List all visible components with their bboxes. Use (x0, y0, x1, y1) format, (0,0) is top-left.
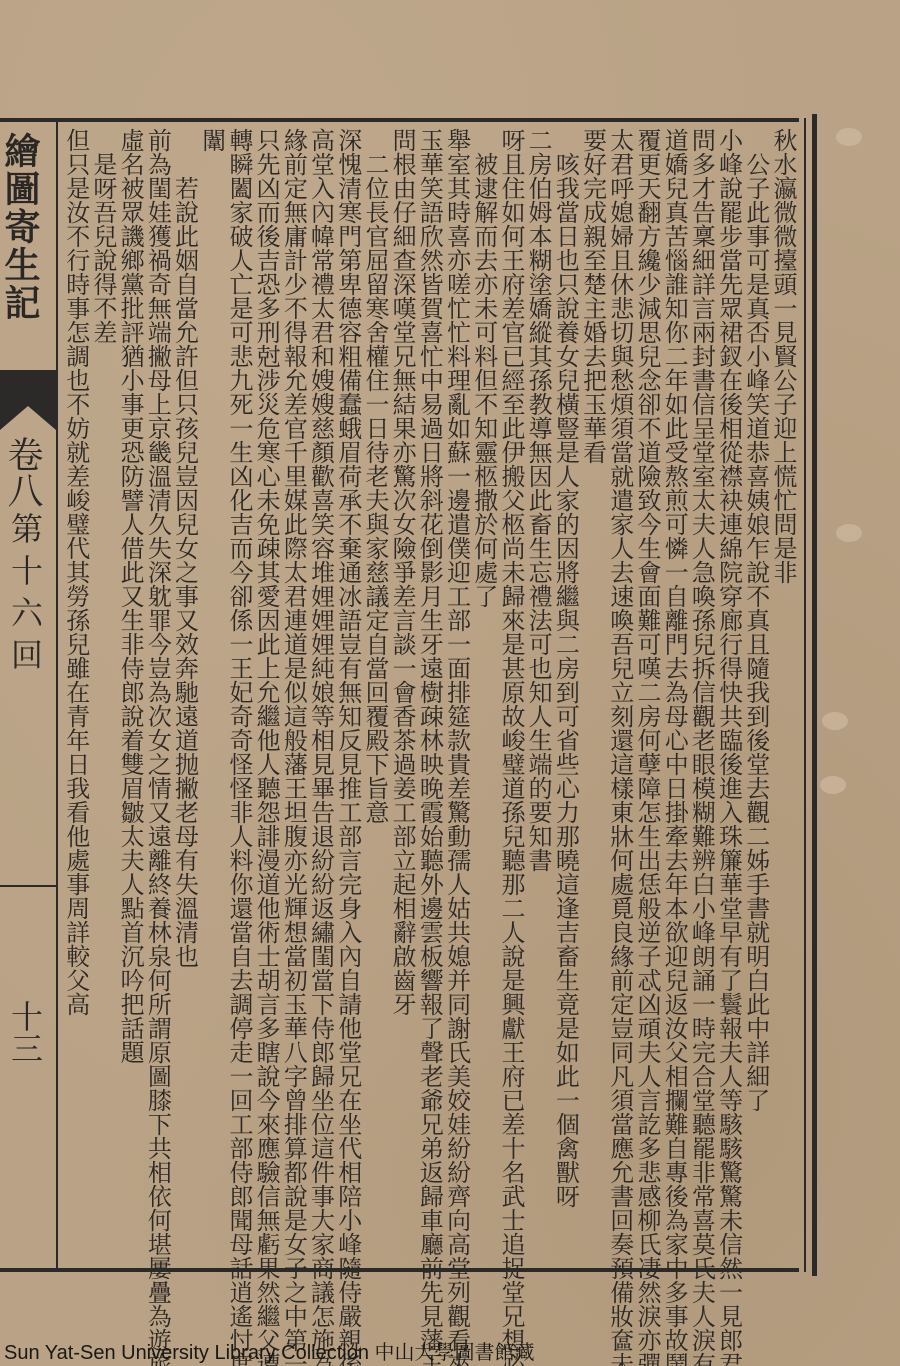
text-column: 二位長官屈留寒舍權住一日待老夫與家慈議定自當回覆殿下旨意 (361, 128, 388, 1266)
text-column: 舉室其時喜亦嗟忙忙料理亂如蘇一邊遣僕迎工部一面排筵款貴差驚動孺人姑共媳并同謝氏美… (442, 128, 469, 1266)
frame-border-outer (812, 114, 817, 1276)
chapter-label: 第十六回 (8, 512, 48, 680)
text-column: 深愧清寒門第卑德容粗備蠢蛾眉荷承不棄通冰語豈有無知反見推工部言完身入內自請他堂兄… (334, 128, 361, 1266)
text-column: 咳我當日也只說養女兒橫豎是人家的因將繼與二房到可省些心力那曉這逢吉畜生竟是如此一… (551, 128, 578, 1266)
paper-crease-mark (820, 776, 846, 794)
text-column: 問根由仔細查深嘆堂兄無結果亦驚次女險爭差言談一會香茶過姜工部立起相辭啟齒牙 (388, 128, 415, 1266)
page-number: 十三 (8, 1000, 48, 1064)
text-column: 公子此事可是真否小峰笑道恭喜姨娘乍說不真且隨我到後堂去觀二姊手書就明白此中詳細了 (742, 128, 769, 1266)
text-column: 只先凶而後吉恐多刑尅涉災危寒心未免疎其愛因此上允繼他人聽怨誹漫道他術士胡言多瞎說… (252, 128, 279, 1266)
text-column: 是呀吾兒說得不差 (89, 128, 116, 1266)
text-column: 前為閨娃獲禍奇無端撇母上京畿溫清久失深躭罪今豈為次女之情又遠離終養林泉何所謂原圖… (143, 128, 170, 1266)
text-column: 覆更天翻方纔少減思兒念卻不道險致今生會面難可嘆二房何孽障怎生出恁般逆子忒凶頑夫人… (633, 128, 660, 1266)
frame-border-inner (804, 118, 806, 1272)
library-collection-caption: Sun Yat-Sen University Library Collectio… (4, 1336, 535, 1365)
text-column: 太君呼媳婦且休悲切與愁煩須當就遣家人去速喚吾兒立刻還這樣東牀何處覓良緣前定豈同凡… (606, 128, 633, 1266)
text-column: 問多才告稟細詳言兩封書信呈堂室太夫人急喚孫兒拆信觀老眼模糊難辨白小峰朗誦一時完合… (687, 128, 714, 1266)
text-column: 玉華笑語欣然皆賀喜忙中易過日將斜花倒影月生牙遠樹疎林映晚霞始聽外邊雲板響報了聲老… (415, 128, 442, 1266)
text-column: 秋水瀛微微擡頭一見賢公子迎上慌忙問是非 (769, 128, 796, 1266)
text-column: 要好完成親至楚主婚去把玉華看 (578, 128, 605, 1266)
text-body: 秋水瀛微微擡頭一見賢公子迎上慌忙問是非 公子此事可是真否小峰笑道恭喜姨娘乍說不真… (62, 128, 796, 1266)
text-column: 二房伯姆本糊塗嬌縱其孫教導無因此畜生忘禮法可也知人生端的要知書 (524, 128, 551, 1266)
book-title: 繪圖寄生記 (6, 132, 46, 322)
paper-crease-mark (822, 712, 848, 730)
paper-crease-mark (836, 524, 862, 542)
text-column: 高堂入內幃常禮太君和嫂嫂慈顏歡喜笑容堆娌娌娌純娘等相見畢告退紛紛返繡閨當下侍郎歸… (306, 128, 333, 1266)
margin-rule (0, 885, 56, 887)
volume-label: 卷八 (8, 436, 48, 508)
text-column: 闈 (198, 128, 225, 1266)
text-column: 但只是汝不行時事怎調也不妨就差峻璧代其勞孫兒雖在青年日我看他處事周詳較父高 (62, 128, 89, 1266)
text-column: 緣前定無庸計少不得報允差官千里媒此際太君連道是似這般藩王坦腹亦光輝想當初玉華八字… (279, 128, 306, 1266)
text-column: 被逮解而去亦未可料但不知靈柩撒於何處了 (470, 128, 497, 1266)
text-column: 小峰說罷步當先眾裙釵在後相從襟袂連綿院穿廊行得快共臨後進入珠簾華堂早有了鬟報夫人… (714, 128, 741, 1266)
paper-crease-mark (836, 128, 862, 146)
text-column: 道嬌兒真苦惱誰知你二年如此受熬煎可憐一自離門去為母心中日掛牽去年本欲迎兒返汝父相… (660, 128, 687, 1266)
text-column: 轉瞬闔家破人亡是可悲九死一生凶化吉而今卻係一王妃奇奇怪怪非人料你還當自去調停走一… (225, 128, 252, 1266)
text-column: 若說此姻自當允許但只孩兒豈因兒女之事又效奔馳遠道抛撇老母有失溫清也 (170, 128, 197, 1266)
text-column: 虛名被眾譏鄉黨批評猶小事更恐防譬人借此又生非侍郎說着雙眉皺太夫人點首沉吟把話題 (116, 128, 143, 1266)
text-column: 呀且住如何王府差官已經至此伊搬父柩尚未歸來是甚原故峻璧道孫兒聽那二人說是興獻王府… (497, 128, 524, 1266)
